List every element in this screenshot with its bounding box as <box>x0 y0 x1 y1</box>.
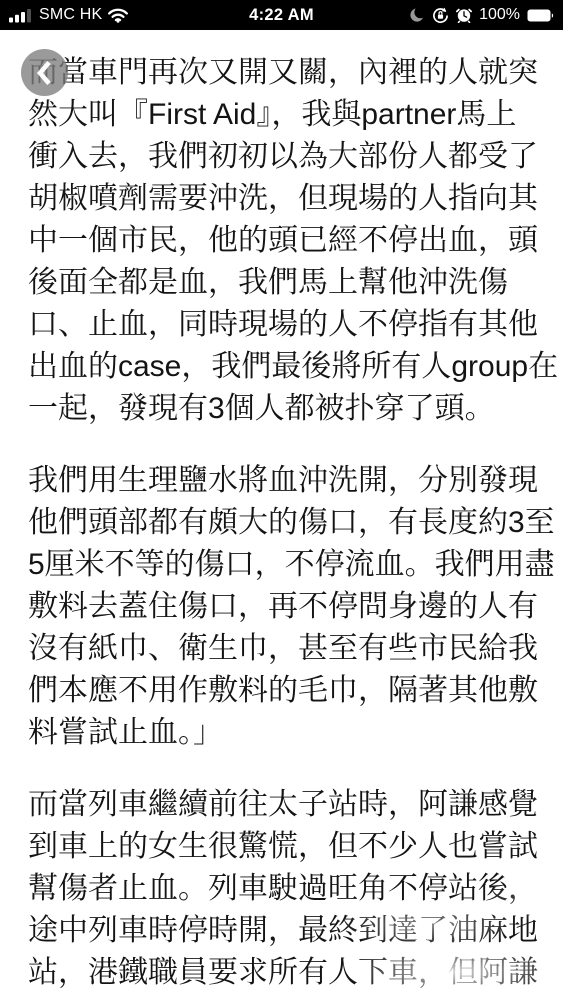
orientation-lock-icon <box>432 7 449 24</box>
text-line: 途中列車時停時開，最終到達了油麻地 <box>28 910 553 952</box>
back-chevron-icon <box>32 59 58 87</box>
paragraph: 而當列車繼續前往太子站時，阿謙感覺 到車上的女生很驚慌，但不少人也嘗試 幫傷者止… <box>28 784 553 994</box>
paragraph: 我們用生理鹽水將血沖洗開，分別發現 他們頭部都有頗大的傷口，有長度約3至 5厘米… <box>28 460 553 754</box>
battery-percent-label: 100% <box>479 6 520 24</box>
text-line: 衝入去，我們初初以為大部份人都受了 <box>28 136 553 178</box>
status-bar: SMC HK 4:22 AM <box>0 0 563 30</box>
carrier-label: SMC HK <box>39 6 102 24</box>
article-text: 而當車門再次又開又關，內裡的人就突 然大叫『First Aid』，我與partn… <box>0 30 563 994</box>
cellular-signal-icon <box>9 8 33 23</box>
status-bar-right: 100% <box>409 6 554 24</box>
text-line: 然大叫『First Aid』，我與partner馬上 <box>28 94 553 136</box>
text-line: 而當車門再次又開又關，內裡的人就突 <box>28 52 553 94</box>
text-line: 口、止血，同時現場的人不停指有其他 <box>28 304 553 346</box>
text-line: 敷料去蓋住傷口，再不停問身邊的人有 <box>28 586 553 628</box>
text-line: 胡椒噴劑需要沖洗，但現場的人指向其 <box>28 178 553 220</box>
status-time: 4:22 AM <box>249 6 314 25</box>
text-line: 他們頭部都有頗大的傷口，有長度約3至 <box>28 502 553 544</box>
text-line: 到車上的女生很驚慌，但不少人也嘗試 <box>28 826 553 868</box>
paragraph: 而當車門再次又開又關，內裡的人就突 然大叫『First Aid』，我與partn… <box>28 52 553 430</box>
text-line: 一起，發現有3個人都被扑穿了頭。 <box>28 388 553 430</box>
back-button[interactable] <box>21 49 68 96</box>
moon-icon <box>409 7 425 23</box>
text-line: 幫傷者止血。列車駛過旺角不停站後， <box>28 868 553 910</box>
text-line: 們本應不用作敷料的毛巾，隔著其他敷 <box>28 670 553 712</box>
text-line: 中一個市民，他的頭已經不停出血，頭 <box>28 220 553 262</box>
text-line: 而當列車繼續前往太子站時，阿謙感覺 <box>28 784 553 826</box>
text-line: 5厘米不等的傷口，不停流血。我們用盡 <box>28 544 553 586</box>
battery-icon <box>527 9 554 22</box>
wifi-icon <box>108 8 128 23</box>
text-line: 出血的case，我們最後將所有人group在 <box>28 346 553 388</box>
text-line: 沒有紙巾、衛生巾，甚至有些市民給我 <box>28 628 553 670</box>
text-line: 料嘗試止血。」 <box>28 712 553 754</box>
text-line: 站，港鐵職員要求所有人下車，但阿謙 <box>28 952 553 994</box>
phone-screen: SMC HK 4:22 AM <box>0 0 563 1000</box>
text-line: 後面全都是血，我們馬上幫他沖洗傷 <box>28 262 553 304</box>
status-bar-left: SMC HK <box>9 6 128 24</box>
alarm-clock-icon <box>456 7 472 23</box>
text-line: 我們用生理鹽水將血沖洗開，分別發現 <box>28 460 553 502</box>
